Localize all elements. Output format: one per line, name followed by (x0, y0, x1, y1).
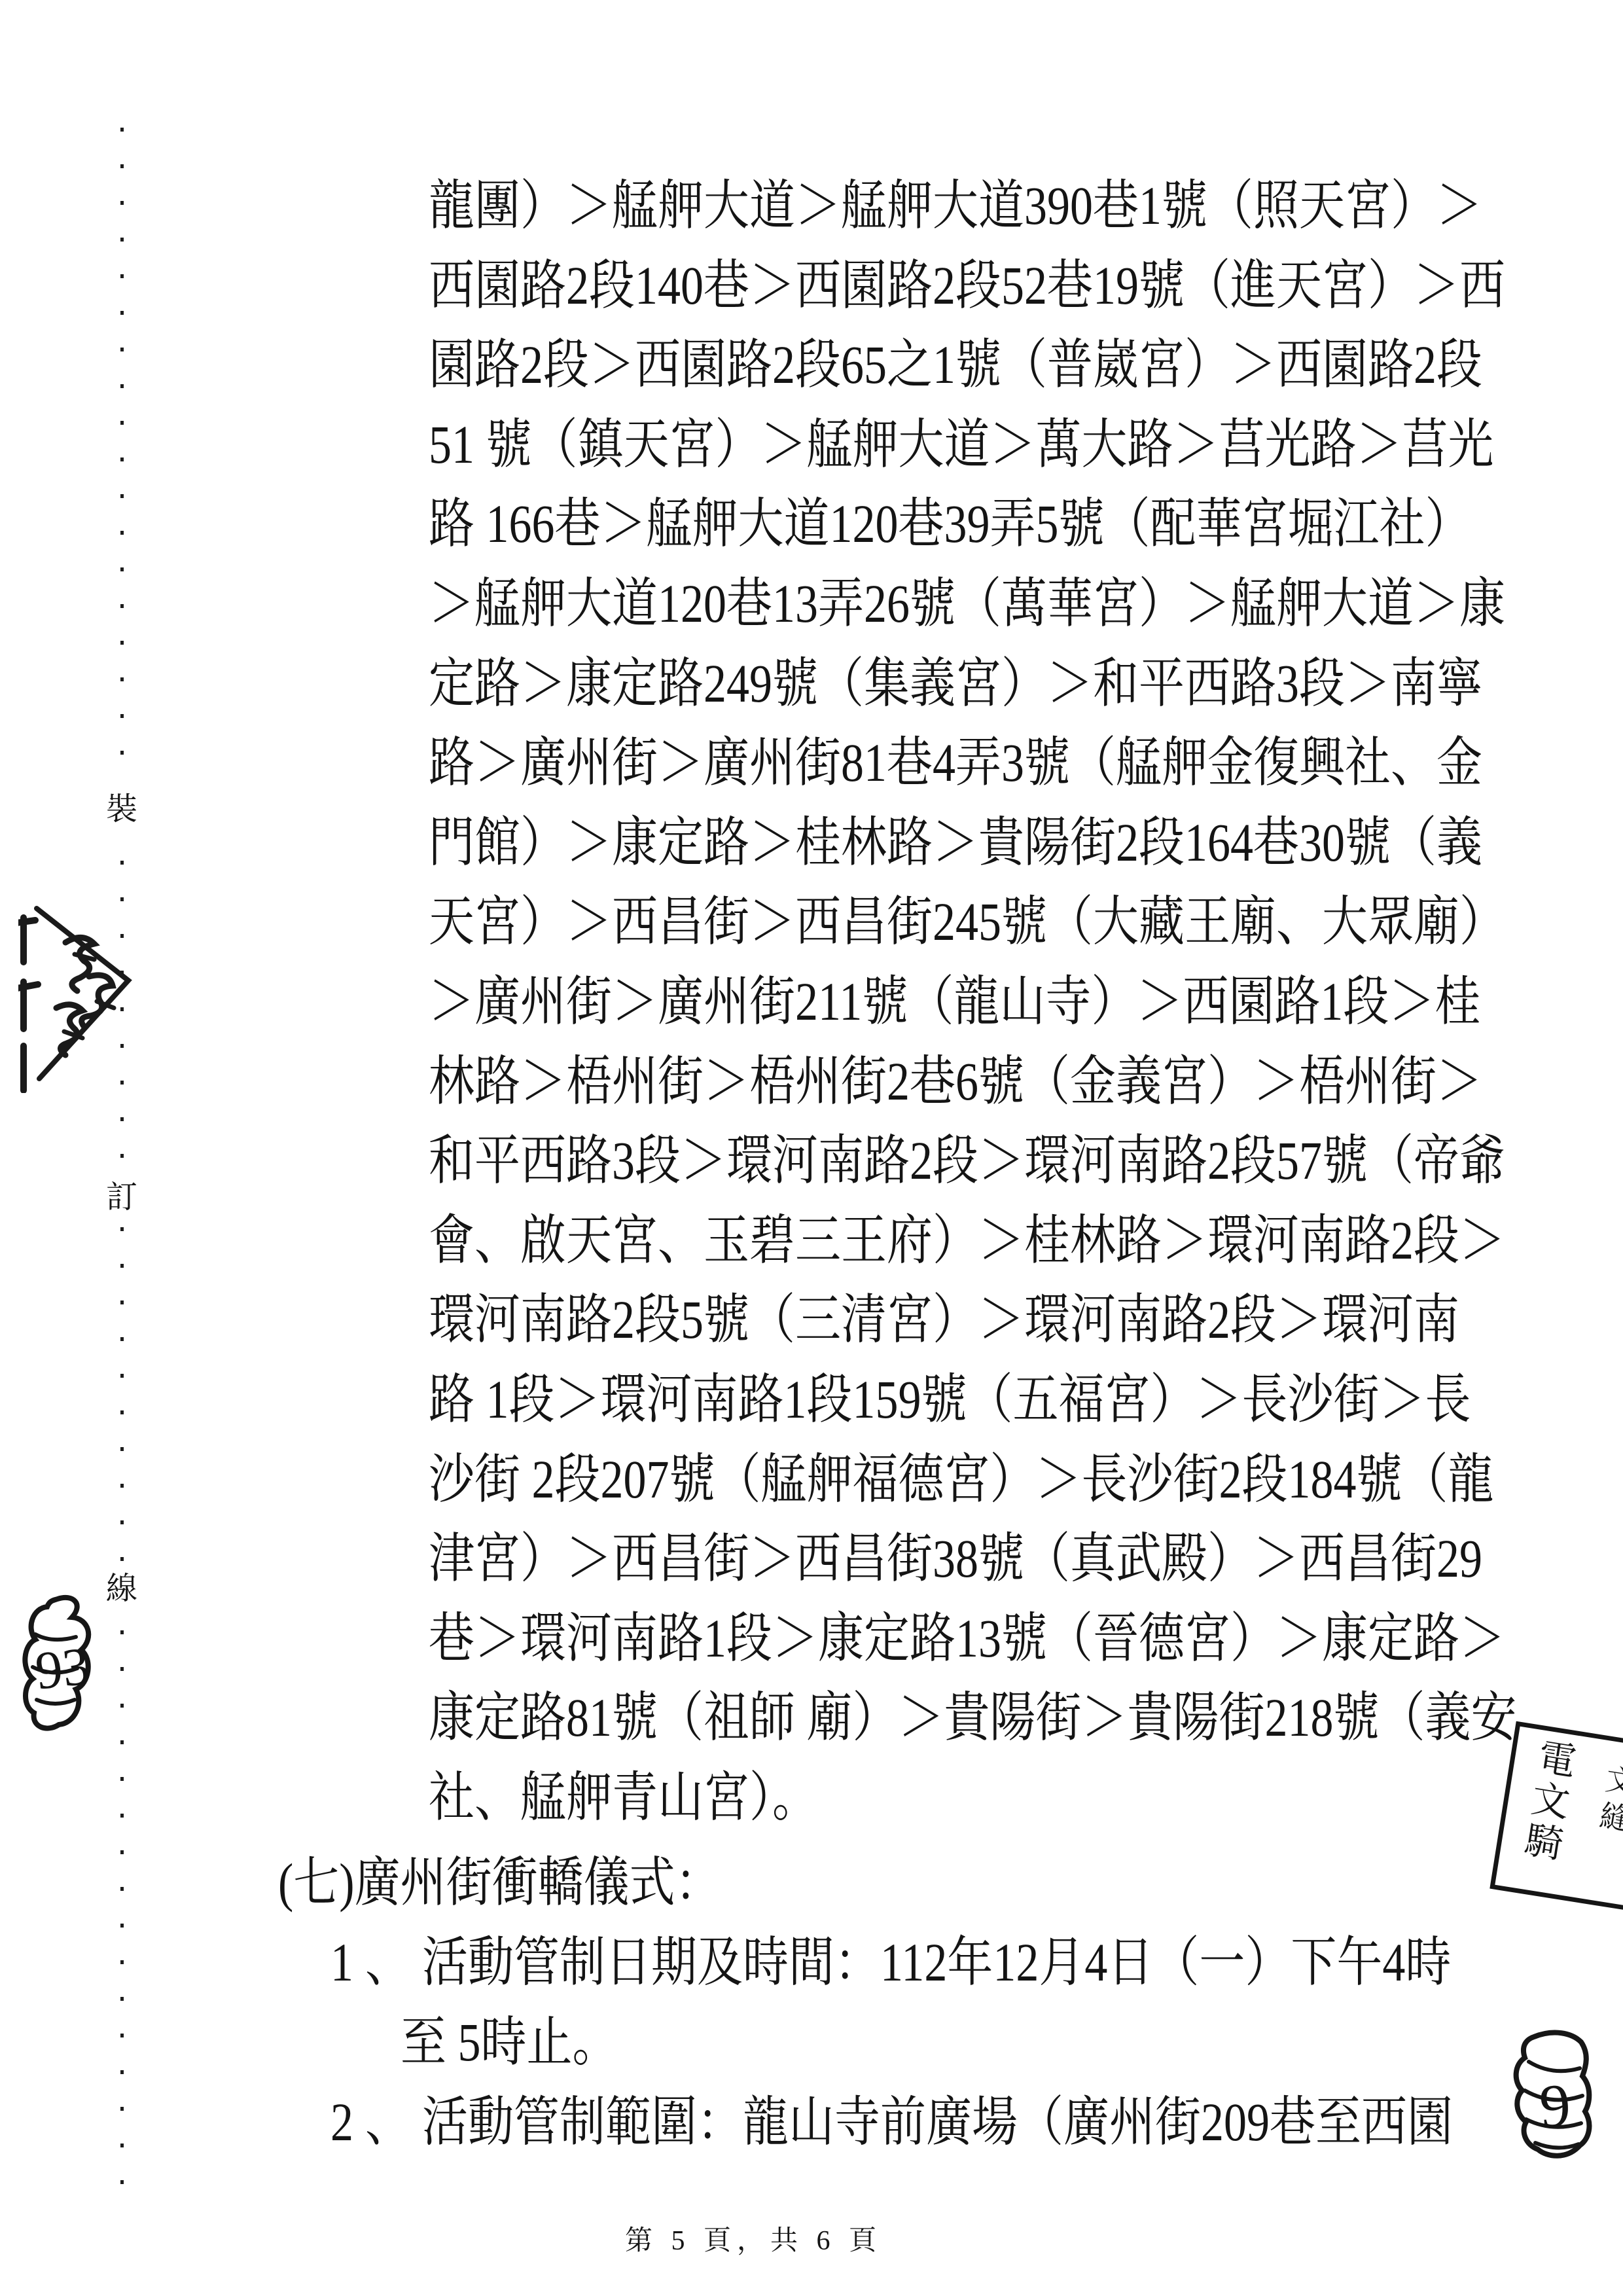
item-1-text: 活動管制日期及時間：112年12月4日（一）下午4時 (422, 1933, 1451, 1993)
seam-stamp-main-text: 電文騎 (1510, 1734, 1584, 1867)
route-paragraph: 龍團）＞艋舺大道＞艋舺大道390巷1號（照天宮）＞西園路2段140巷＞西園路2段… (429, 167, 1502, 1838)
binding-char-zhuang: 裝 (103, 786, 141, 833)
seam-stamp-side-text: 文縫 (1588, 1761, 1623, 1840)
item-2-marker: 2、 (330, 2076, 422, 2170)
svg-text:93: 93 (33, 1636, 92, 1700)
footer-page-number: 第 5 頁，共 6 頁 (625, 2224, 882, 2258)
svg-text:9: 9 (1537, 2071, 1573, 2141)
section-7-item-2: 2、活動管制範圍：龍山寺前廣場（廣州街209巷至西園 (330, 2076, 1453, 2170)
seal-9-stamp: 9 (1507, 2028, 1623, 2168)
seal-93-stamp: 93 (20, 1594, 101, 1738)
route-line: 社、艋舺青山宮）。 (429, 1751, 1502, 1845)
binding-char-ding: 訂 (103, 1174, 141, 1221)
scanned-document-page: { "document": { "route_lines": [ "龍團）＞艋舺… (0, 0, 1623, 2296)
binding-char-xian: 線 (103, 1566, 141, 1613)
diamond-seal-stamp (18, 877, 139, 1093)
item-2-text: 活動管制範圍：龍山寺前廣場（廣州街209巷至西園 (422, 2093, 1453, 2153)
binding-dotted-line (120, 128, 124, 2202)
seam-stamp: 電文騎 文縫 (1489, 1721, 1623, 1915)
